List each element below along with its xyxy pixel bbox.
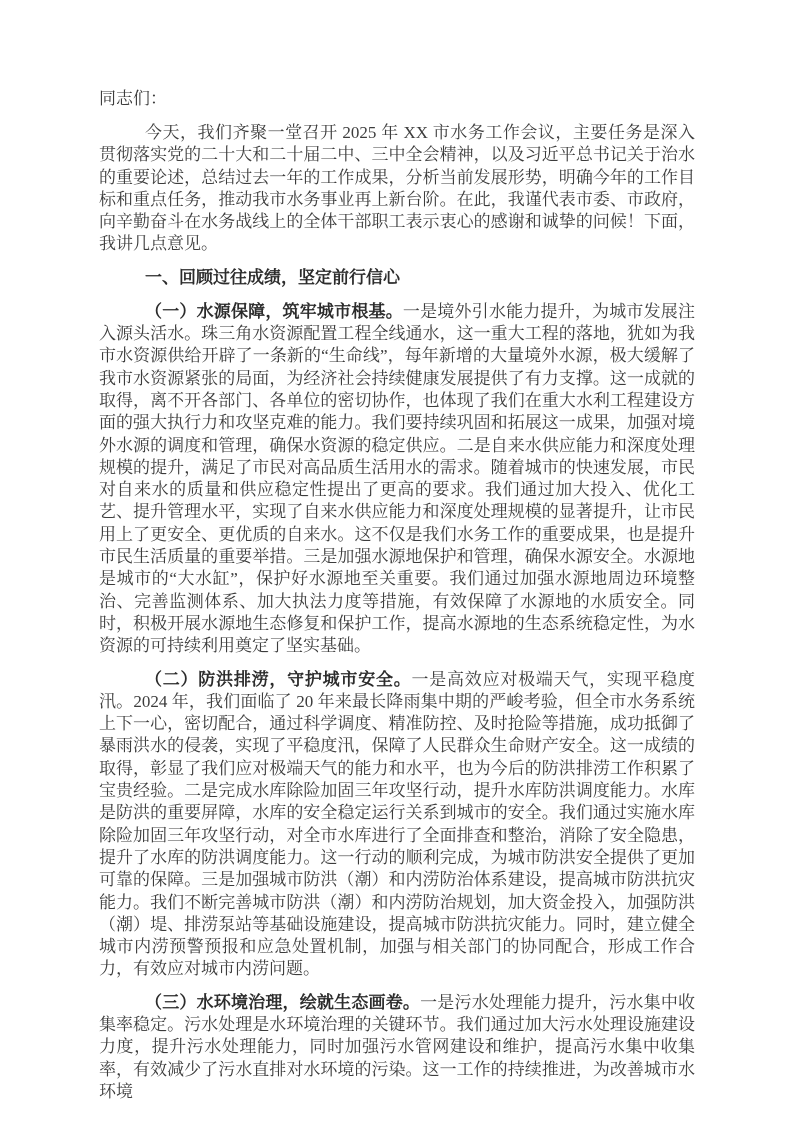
document-content: 同志们： 今天，我们齐聚一堂召开 2025 年 XX 市水务工作会议，主要任务是… [99,88,695,1114]
section-heading: 一、回顾过往成绩，坚定前行信心 [99,267,695,289]
subsection-1-body: 一是境外引水能力提升，为城市发展注入源头活水。珠三角水资源配置工程全线通水，这一… [99,302,695,655]
subsection-paragraph-1: （一）水源保障，筑牢城市根基。一是境外引水能力提升，为城市发展注入源头活水。珠三… [99,301,695,658]
salutation: 同志们： [99,88,695,110]
subsection-paragraph-3: （三）水环境治理，绘就生态画卷。一是污水处理能力提升，污水集中收集率稳定。污水处… [99,992,695,1103]
subsection-3-title: （三）水环境治理，绘就生态画卷。 [145,993,420,1012]
subsection-2-body: 一是高效应对极端天气，实现平稳度汛。2024 年，我们面临了 20 年来最长降雨… [99,670,695,979]
subsection-2-title: （二）防洪排涝，守护城市安全。 [145,670,412,689]
subsection-1-title: （一）水源保障，筑牢城市根基。 [145,302,403,321]
intro-paragraph: 今天，我们齐聚一堂召开 2025 年 XX 市水务工作会议，主要任务是深入贯彻落… [99,122,695,256]
document-page: 同志们： 今天，我们齐聚一堂召开 2025 年 XX 市水务工作会议，主要任务是… [0,0,793,1122]
subsection-paragraph-2: （二）防洪排涝，守护城市安全。一是高效应对极端天气，实现平稳度汛。2024 年，… [99,669,695,981]
